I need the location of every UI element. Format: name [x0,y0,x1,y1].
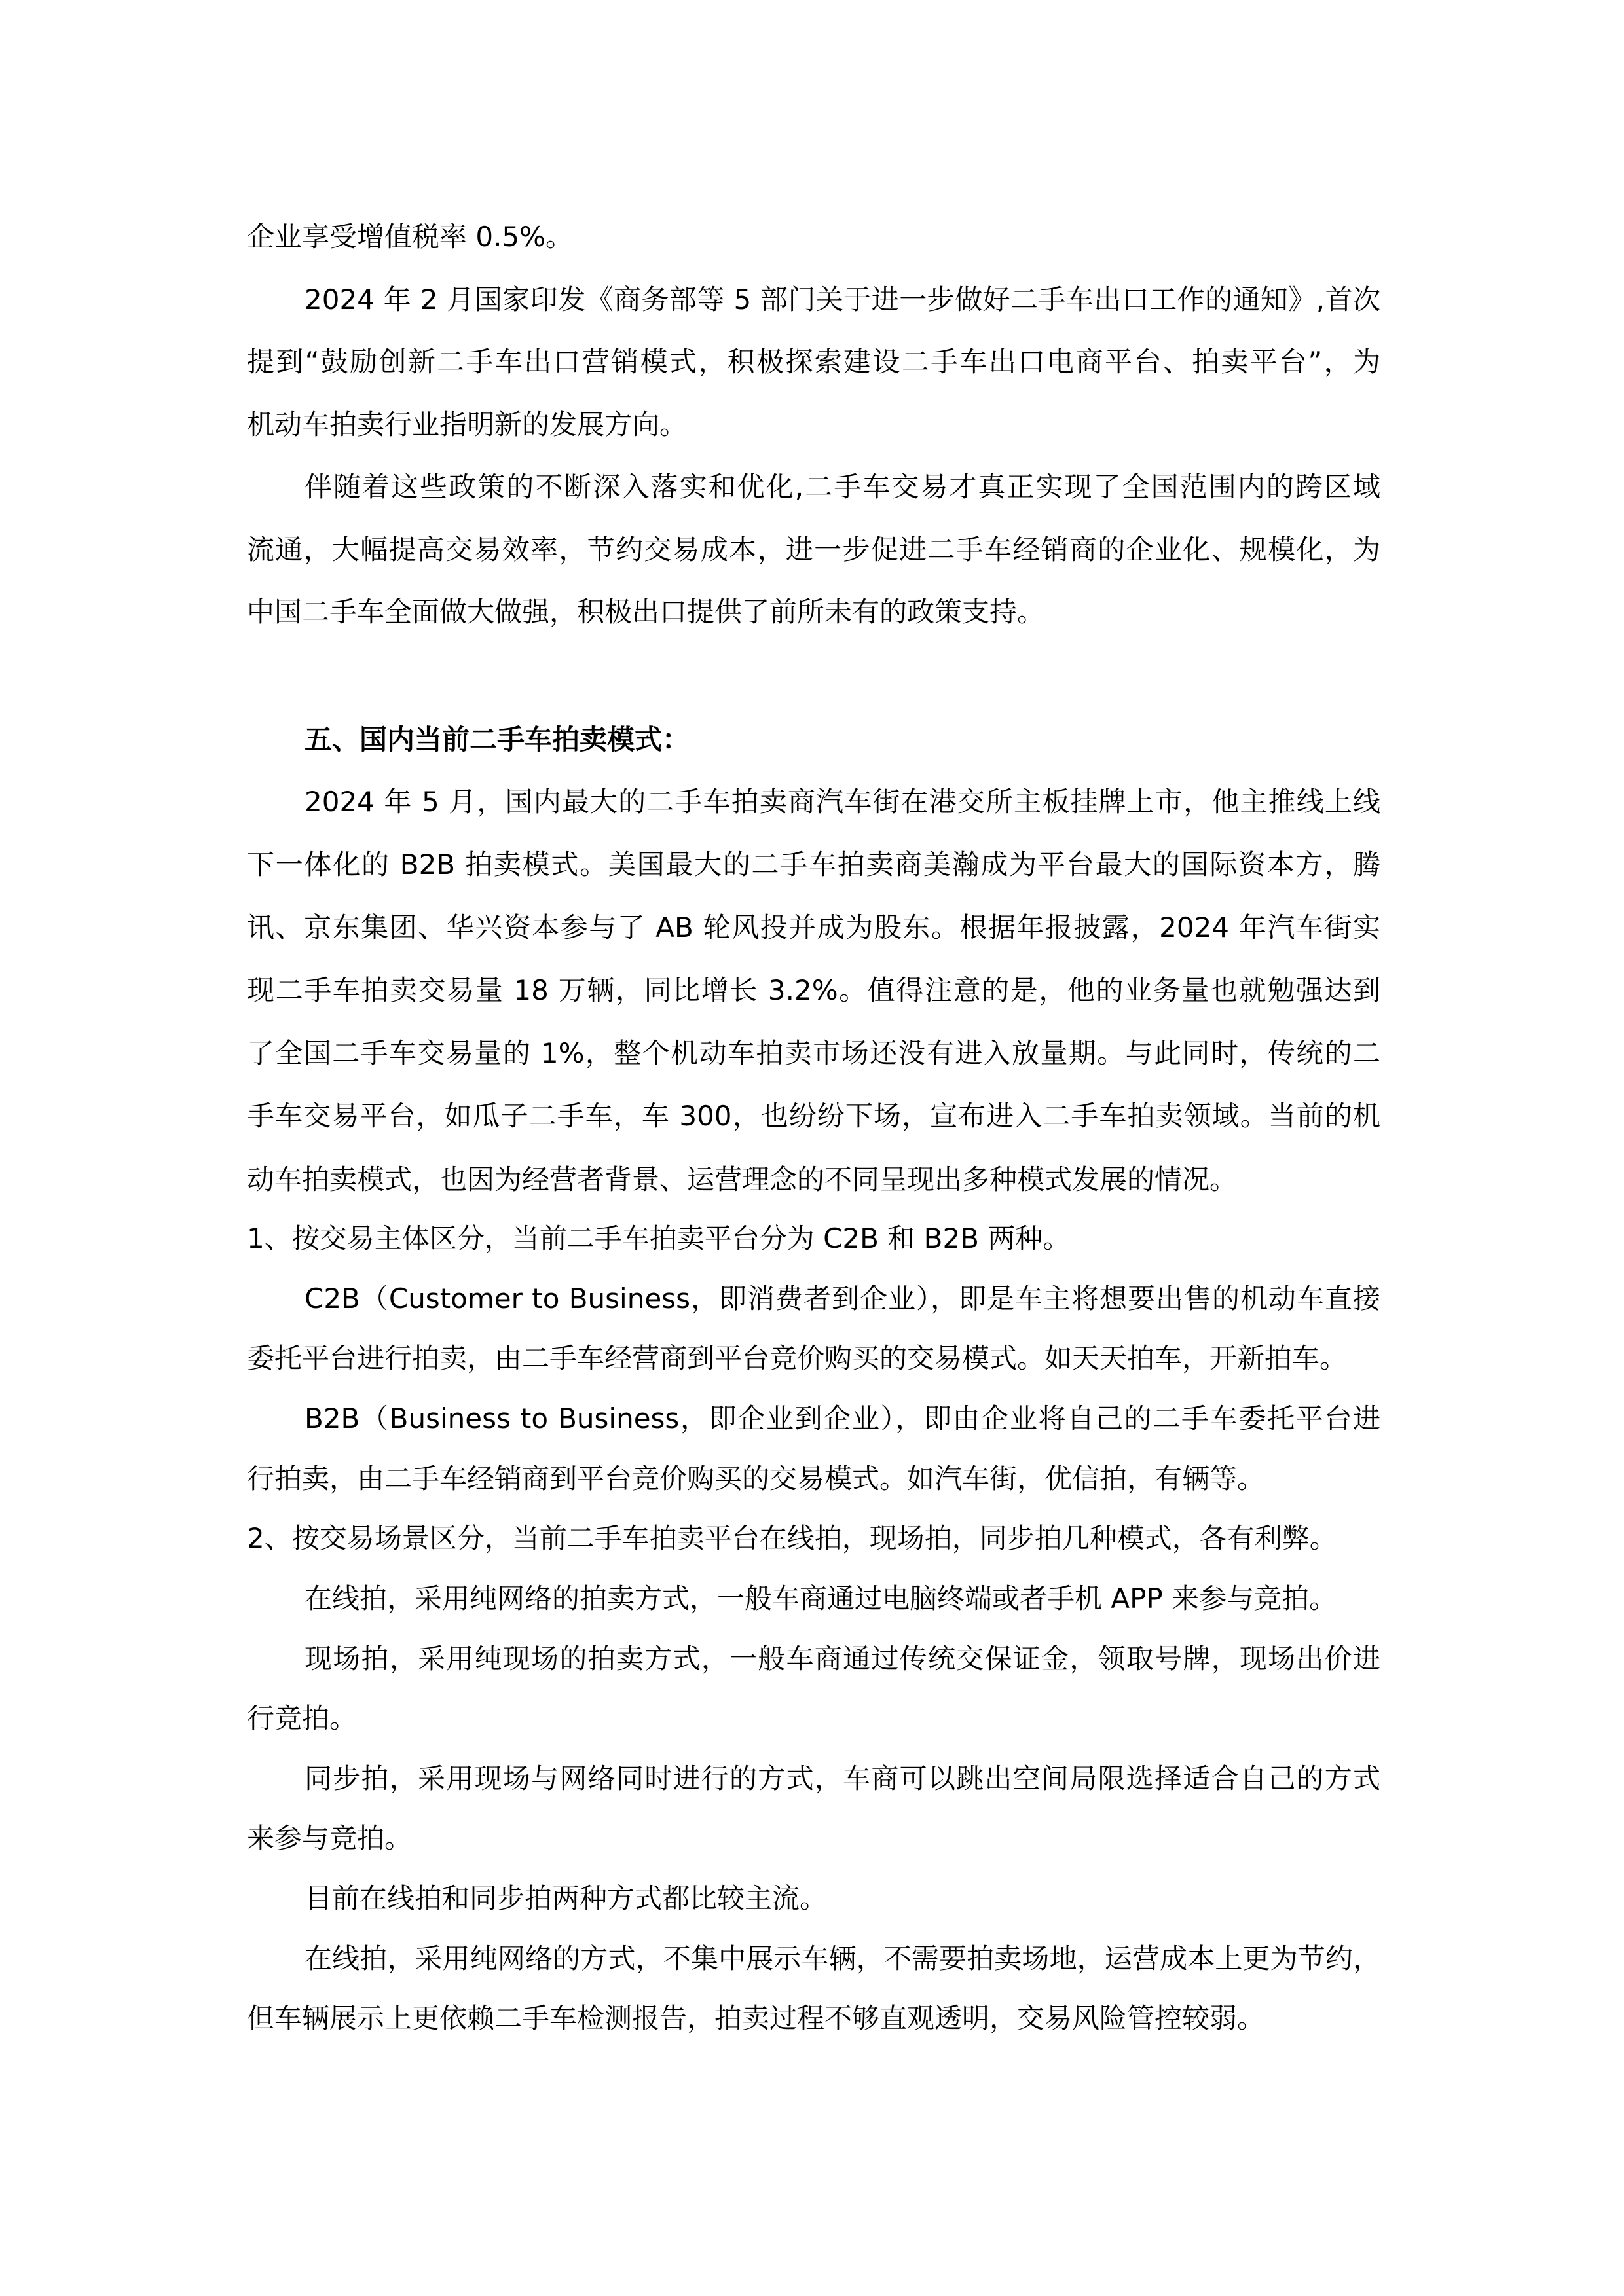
paragraph-line: 但车辆展示上更依赖二手车检测报告，拍卖过程不够直观透明，交易风险管控较弱。 [247,2001,1380,2035]
paragraph-line: 行拍卖，由二手车经销商到平台竞价购买的交易模式。如汽车街，优信拍，有辆等。 [247,1462,1380,1496]
paragraph-line: 在线拍，采用纯网络的拍卖方式，一般车商通过电脑终端或者手机 APP 来参与竞拍。 [304,1582,1380,1616]
paragraph-line: 来参与竞拍。 [247,1821,1380,1855]
paragraph-line: B2B（Business to Business，即企业到企业），即由企业将自己… [304,1402,1380,1436]
paragraph-line: 了全国二手车交易量的 1%，整个机动车拍卖市场还没有进入放量期。与此同时，传统的… [247,1036,1380,1070]
paragraph-line: 伴随着这些政策的不断深入落实和优化,二手车交易才真正实现了全国范围内的跨区域 [304,470,1380,504]
section-heading: 五、国内当前二手车拍卖模式： [304,723,1380,757]
paragraph-line: 流通，大幅提高交易效率，节约交易成本，进一步促进二手车经销商的企业化、规模化，为 [247,533,1380,567]
document-page: 企业享受增值税率 0.5%。 2024 年 2 月国家印发《商务部等 5 部门关… [0,0,1624,2296]
paragraph-line: 委托平台进行拍卖，由二手车经营商到平台竞价购买的交易模式。如天天拍车，开新拍车。 [247,1341,1380,1376]
paragraph-line: 讯、京东集团、华兴资本参与了 AB 轮风投并成为股东。根据年报披露，2024 年… [247,911,1380,945]
paragraph-line: 2024 年 5 月，国内最大的二手车拍卖商汽车街在港交所主板挂牌上市，他主推线… [304,785,1380,819]
paragraph-line: 机动车拍卖行业指明新的发展方向。 [247,408,1380,442]
paragraph-line: 动车拍卖模式，也因为经营者背景、运营理念的不同呈现出多种模式发展的情况。 [247,1163,1380,1197]
list-item-2: 2、按交易场景区分，当前二手车拍卖平台在线拍，现场拍，同步拍几种模式，各有利弊。 [247,1522,1380,1556]
paragraph-line: 现二手车拍卖交易量 18 万辆，同比增长 3.2%。值得注意的是，他的业务量也就… [247,974,1380,1008]
paragraph-line: 在线拍，采用纯网络的方式，不集中展示车辆，不需要拍卖场地，运营成本上更为节约， [304,1942,1380,1976]
paragraph-line: 同步拍，采用现场与网络同时进行的方式，车商可以跳出空间局限选择适合自己的方式 [304,1762,1380,1796]
paragraph-line: 行竞拍。 [247,1702,1380,1736]
paragraph-line: 2024 年 2 月国家印发《商务部等 5 部门关于进一步做好二手车出口工作的通… [304,283,1380,317]
paragraph-line: 企业享受增值税率 0.5%。 [247,220,1380,254]
paragraph-line: 现场拍，采用纯现场的拍卖方式，一般车商通过传统交保证金，领取号牌，现场出价进 [304,1642,1380,1676]
paragraph-line: 中国二手车全面做大做强，积极出口提供了前所未有的政策支持。 [247,595,1380,629]
paragraph-line: 手车交易平台，如瓜子二手车，车 300，也纷纷下场，宣布进入二手车拍卖领域。当前… [247,1099,1380,1133]
paragraph-line: 目前在线拍和同步拍两种方式都比较主流。 [304,1882,1380,1916]
list-item-1: 1、按交易主体区分，当前二手车拍卖平台分为 C2B 和 B2B 两种。 [247,1222,1380,1256]
paragraph-line: 提到“鼓励创新二手车出口营销模式，积极探索建设二手车出口电商平台、拍卖平台”，为 [247,345,1380,379]
paragraph-line: C2B（Customer to Business，即消费者到企业），即是车主将想… [304,1282,1380,1316]
paragraph-line: 下一体化的 B2B 拍卖模式。美国最大的二手车拍卖商美瀚成为平台最大的国际资本方… [247,848,1380,882]
